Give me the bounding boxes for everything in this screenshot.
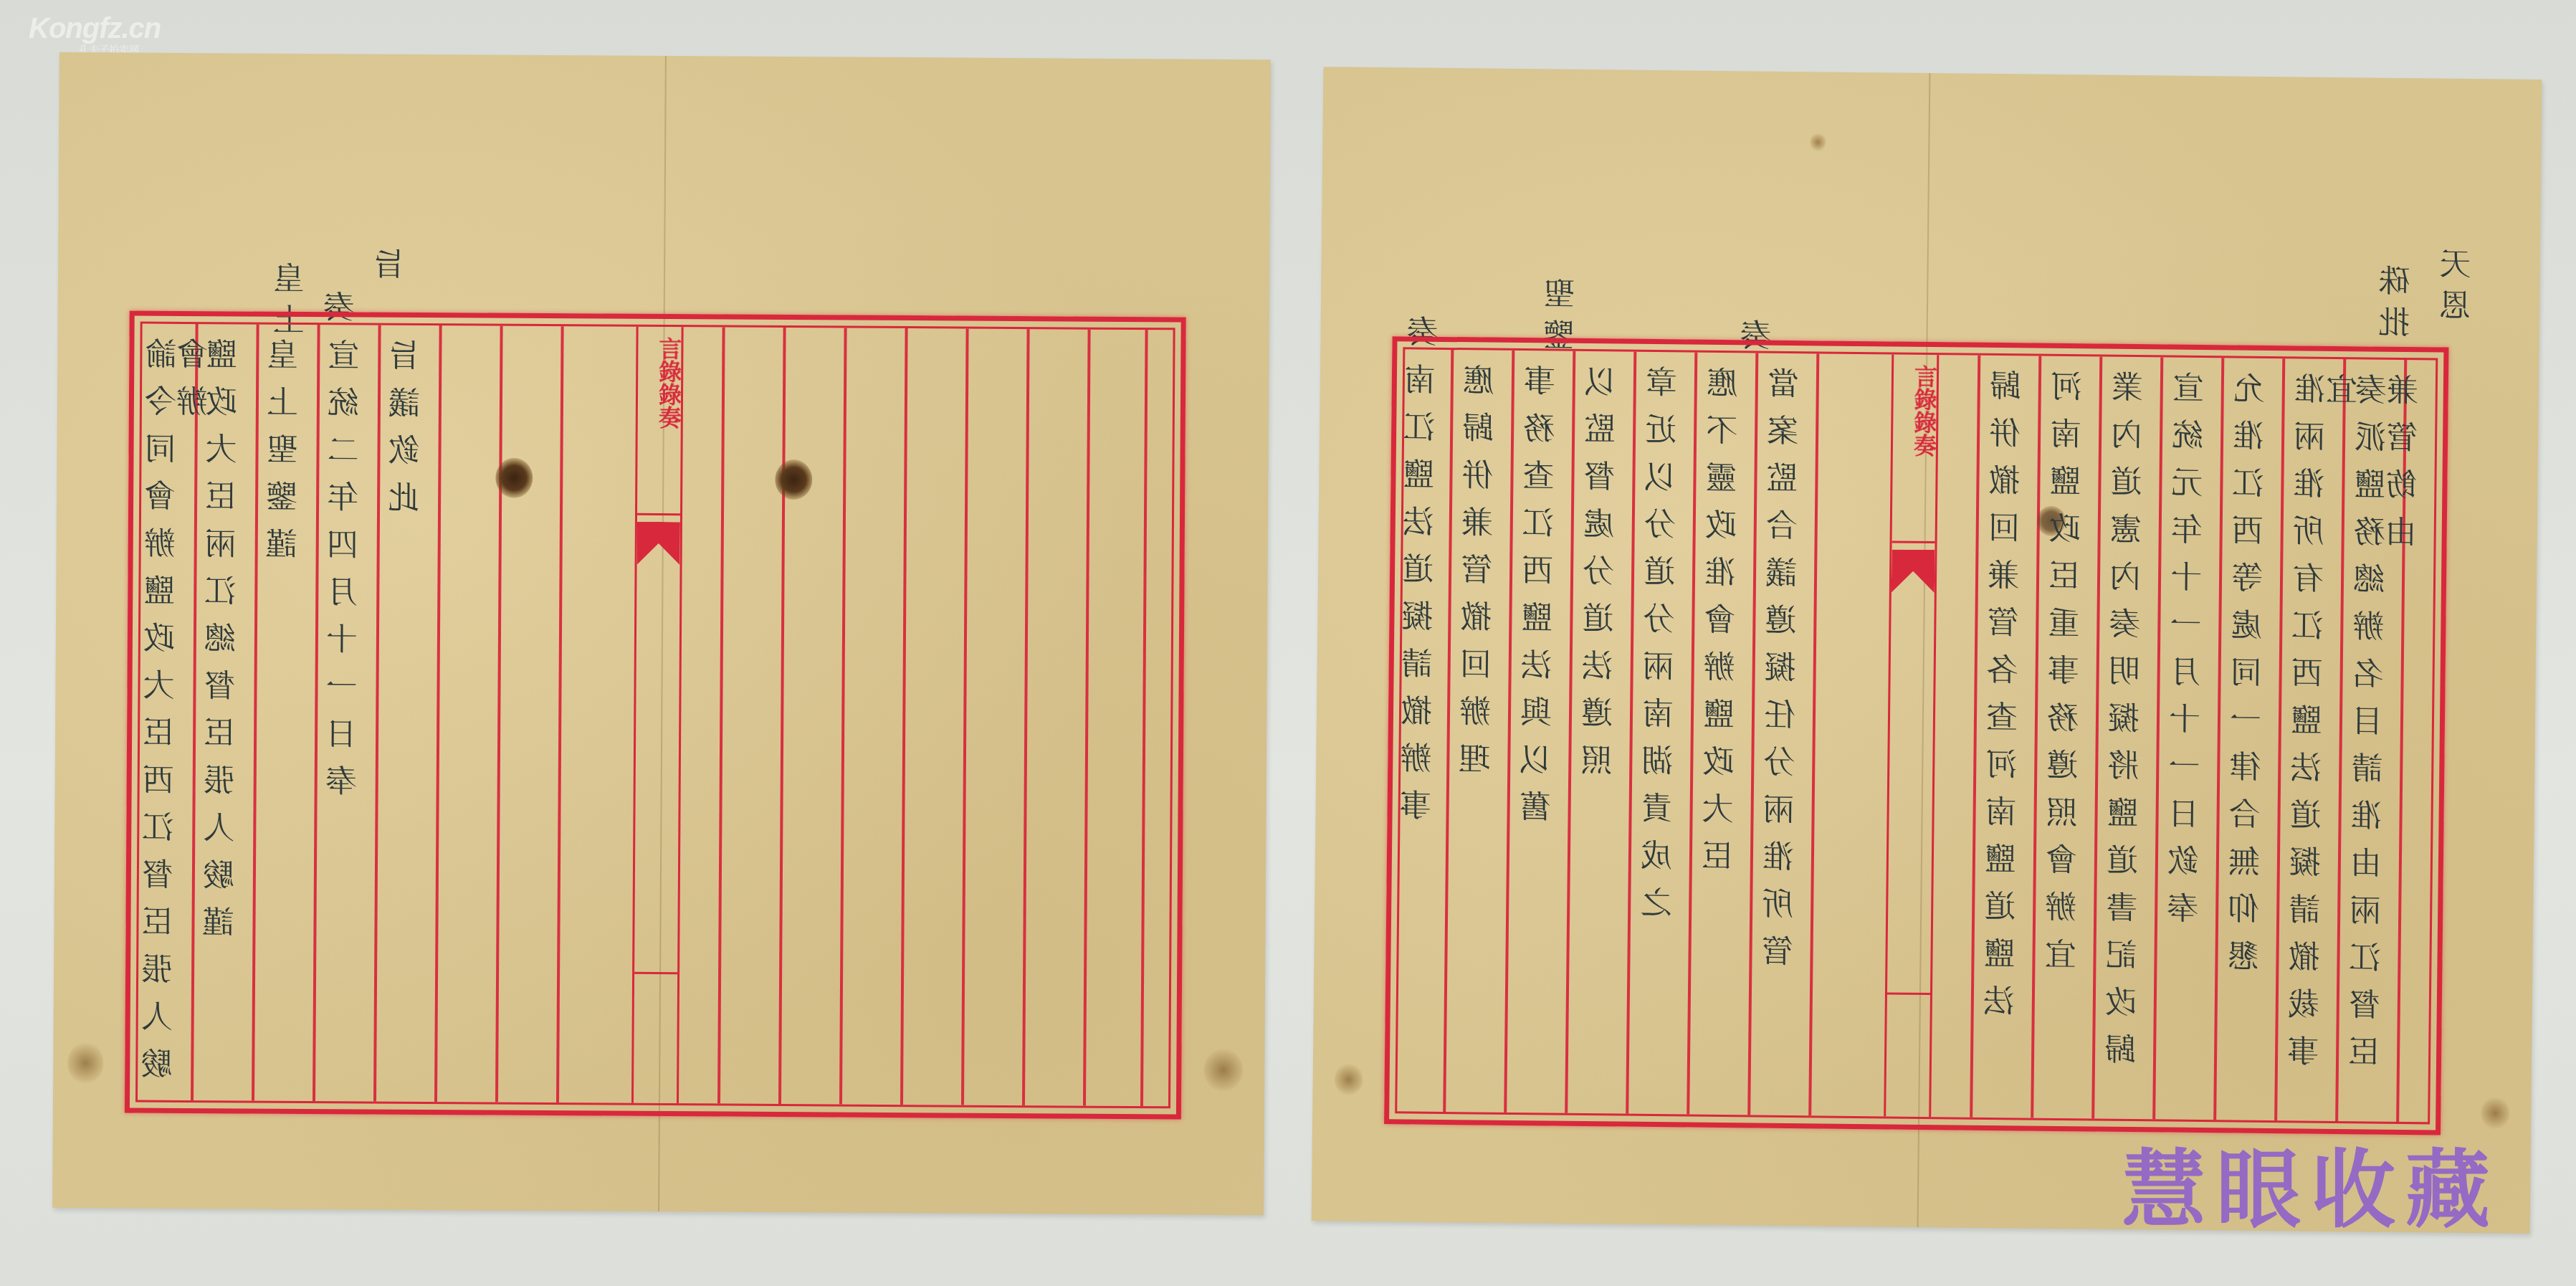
watermark-brand: Kongfz.cn (29, 13, 143, 45)
text-column: 南江鹽法道擬請撤辦事 (1403, 363, 1439, 836)
center-title: 言錄錄奏 (1893, 364, 1937, 457)
stain-mark (1334, 1063, 1363, 1095)
text-column: 諭令同會辦鹽政大臣西江督臣張人駿會辦 (144, 338, 212, 1109)
header-vermilion-rescript: 硃批 (2374, 265, 2420, 348)
header-heavenly-grace: 天恩 (2436, 247, 2482, 330)
fishtail-mark (637, 522, 680, 565)
right-document-sheet: 天恩 硃批 奏 聖鑒 奏 言錄錄奏 南江鹽法道擬請撤辦事 應歸併兼管撤回辦理 事… (1312, 67, 2542, 1234)
text-column: 河南鹽政臣重事務遵照會辦宜 (2048, 370, 2086, 985)
text-column: 允准江西等處同一律合無仰懇 (2231, 372, 2269, 987)
text-column: 歸併撤回兼管各查河南鹽道鹽法 (1986, 369, 2025, 1032)
text-column: 旨議欽此 (391, 339, 424, 528)
text-column: 以監督處分道法遵照 (1584, 365, 1620, 791)
left-document-sheet: 旨 奏 皇上 言錄錄奏 諭令同會辦鹽政大臣西江督臣張人駿會辦 鹽政 (52, 52, 1271, 1215)
burn-hole (495, 458, 533, 498)
center-title: 言錄錄奏 (638, 337, 682, 429)
text-column: 章近以分道分兩南湖責成之 (1644, 366, 1681, 933)
red-ruled-frame: 言錄錄奏 南江鹽法道擬請撤辦事 應歸併兼管撤回辦理 事務查江西鹽法與以舊 以監督… (1384, 336, 2448, 1135)
collector-watermark: 慧眼收藏 (2122, 1122, 2500, 1244)
red-ruled-frame: 言錄錄奏 諭令同會辦鹽政大臣西江督臣張人駿會辦 鹽政大臣兩江總督臣張人駿謹 皇上… (125, 310, 1186, 1119)
text-column: 宣統元年十一月十一日欽奉 (2170, 371, 2208, 939)
text-column: 當案監合議遵擬任分兩淮所管 (1765, 367, 1803, 982)
site-watermark: Kongfz.cn 孔夫子拍卖网 (29, 13, 143, 56)
text-column: 應歸併兼管撤回辦理 (1462, 363, 1498, 789)
center-strip: 言錄錄奏 (631, 327, 684, 1103)
strip-divider (1892, 540, 1935, 543)
strip-divider (634, 972, 677, 974)
center-strip: 言錄錄奏 (1884, 354, 1939, 1117)
strip-divider (1887, 992, 1930, 995)
text-column: 皇上聖鑒謹 (269, 338, 302, 575)
text-column: 鹽政大臣兩江總督臣張人駿謹 (206, 338, 241, 953)
text-column: 應不靈政准會辦鹽政大臣 (1705, 366, 1742, 887)
text-column: 事務查江西鹽法與以舊 (1522, 364, 1559, 837)
header-decree: 旨 (370, 248, 416, 290)
text-column: 宣統二年四月十一日奉 (328, 338, 363, 811)
stain-mark (1203, 1049, 1243, 1092)
text-column: 奏派鹽務總辦名目請准由兩江督臣兼管飭由 (2351, 373, 2422, 1130)
burn-hole (775, 459, 812, 500)
fishtail-mark (1892, 549, 1935, 593)
stain-mark (67, 1042, 103, 1085)
text-column: 業內道憲內奏明擬將鹽道書記改歸 (2108, 371, 2147, 1080)
strip-divider (637, 513, 680, 515)
stain-mark (1810, 133, 1826, 151)
